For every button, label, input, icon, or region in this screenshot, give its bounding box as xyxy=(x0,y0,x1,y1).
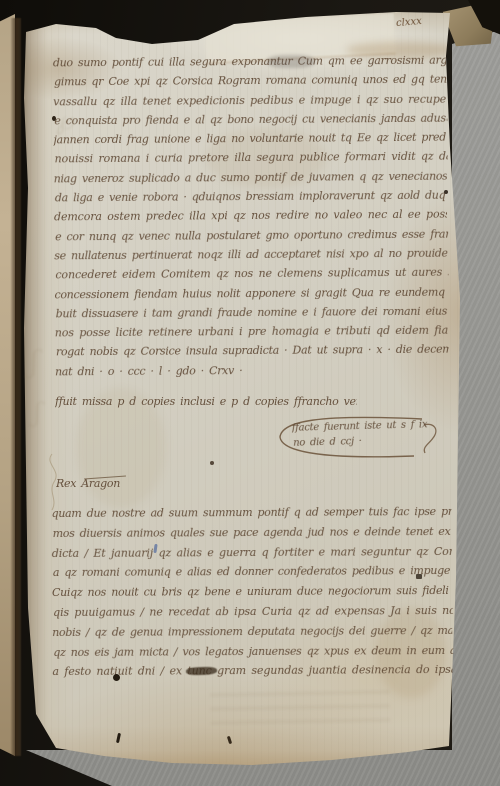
manuscript-line: quam due nostre ad suum summum pontif q … xyxy=(52,502,452,524)
ink-chip xyxy=(416,574,422,579)
ink-speck xyxy=(52,116,56,121)
manuscript-line: e cor nunq qz venec nulla postularet gmo… xyxy=(55,224,448,246)
manuscript-line: qz nos eis jam micta / vos legatos janue… xyxy=(53,641,453,663)
heading-text: Rex Aragon xyxy=(56,476,166,492)
manuscript-line: nouissi romana i curia pretore illa segu… xyxy=(55,147,448,169)
manuscript-line: nobis / qz de genua impressionem deputat… xyxy=(52,621,452,643)
manuscript-line: e conquista pro fienda e al qz bono nego… xyxy=(54,109,447,131)
manuscript-line: gimus qr Coe xpi qz Corsica Rogram roman… xyxy=(54,70,447,92)
show-through-flourish: ℘ xyxy=(56,106,74,136)
dispatch-note: ffuit missa p d copies inclusi e p d cop… xyxy=(55,393,357,411)
manuscript-line: ffuit missa p d copies inclusi e p d cop… xyxy=(55,393,357,411)
manuscript-line: da liga e venie robora · qduiqnos bressi… xyxy=(55,186,448,208)
entry-heading: Rex Aragon xyxy=(56,476,166,492)
registrar-note: ffacte fuerunt iste ut s f ix no die d c… xyxy=(292,417,429,451)
ink-speck xyxy=(444,190,448,194)
gutter-shadow xyxy=(18,28,48,758)
manuscript-line: nat dni · o · ccc · l · gdo · Crxv · xyxy=(55,359,448,381)
manuscript-line: a qz romani comuniq e alias ed donner co… xyxy=(53,561,453,583)
manuscript-line: buit dissuasere i tam grandi fraude nomi… xyxy=(56,301,449,323)
letter-entry-1: duo sumo pontif cui illa segura exponant… xyxy=(53,51,448,382)
letter-entry-2: quam due nostre ad suum summum pontif q … xyxy=(52,502,453,682)
manuscript-line: rogat nobis qz Corsice insula supradicta… xyxy=(56,340,449,362)
ink-dot xyxy=(113,674,120,681)
ink-dot xyxy=(210,461,214,465)
show-through-flourish: ʃ xyxy=(34,398,41,428)
manuscript-photograph: { "photo": { "folio_number": "clxxx", "m… xyxy=(0,0,500,786)
manuscript-line: Cuiqz nos nouit cu bris qz bene e uniura… xyxy=(52,581,452,603)
manuscript-line: dicta / Et januarij qz alias e guerra q … xyxy=(52,542,452,564)
ink-smudge xyxy=(267,55,315,68)
show-through-text xyxy=(210,690,391,727)
manuscript-line: concederet eidem Comitem qz nos ne cleme… xyxy=(55,263,448,285)
gutter-crease xyxy=(11,18,21,756)
show-through-flourish: ʃ xyxy=(30,345,38,380)
manuscript-line: qis puuigamus / ne recedat ab ipsa Curia… xyxy=(53,601,453,623)
manuscript-line: mos diuersis animos quales sue pace agen… xyxy=(53,522,453,544)
